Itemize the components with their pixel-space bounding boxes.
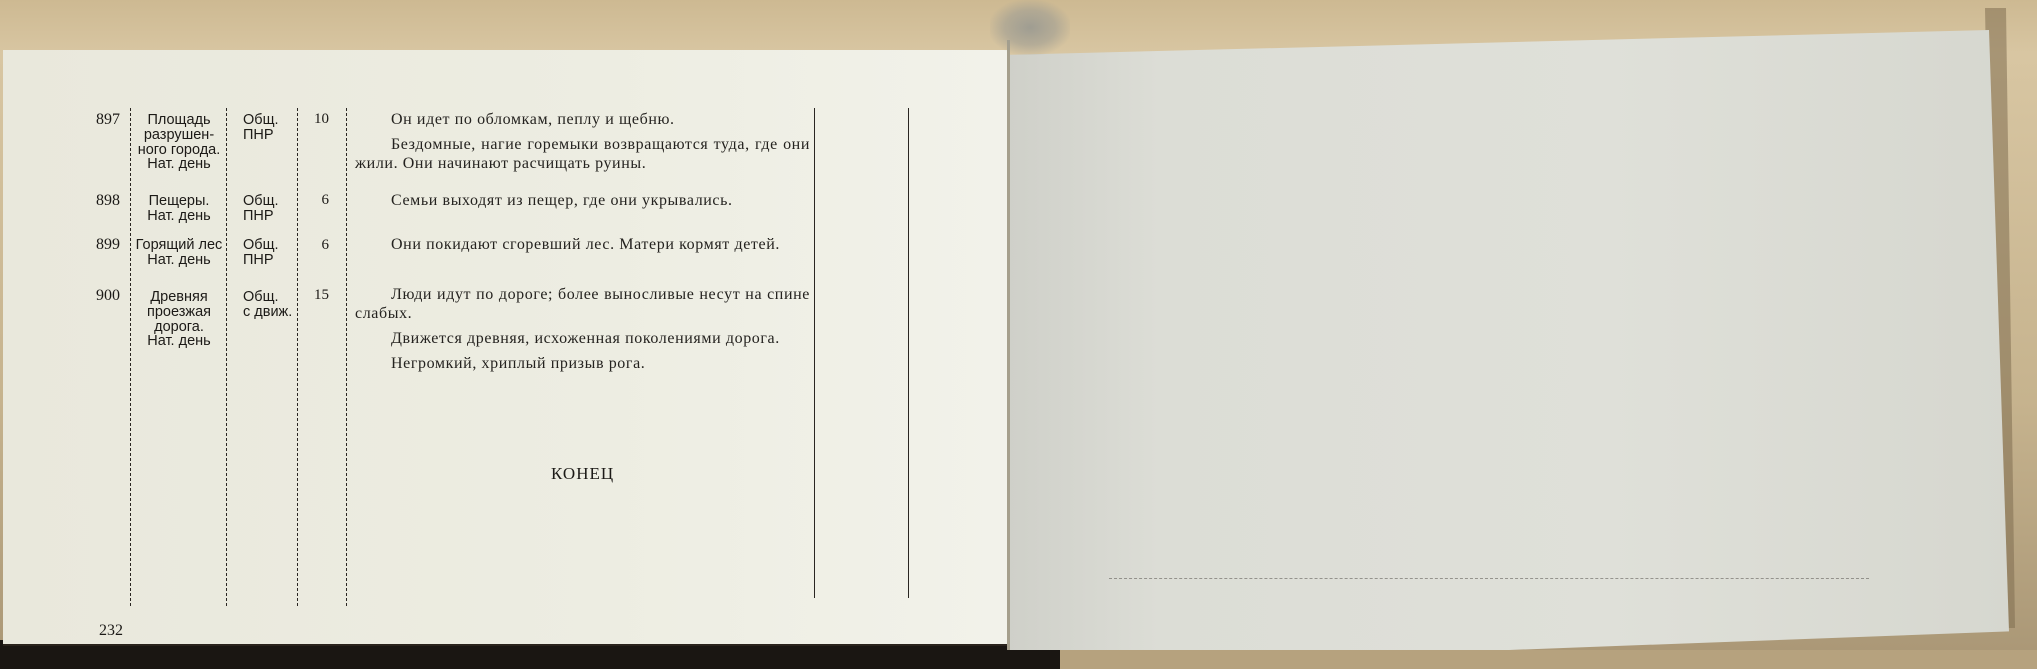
shot-description: Люди идут по дороге; более выносливые не… xyxy=(355,285,810,379)
shot-type-line: ПНР xyxy=(243,253,313,268)
shot-number: 897 xyxy=(96,112,120,127)
scene-line: Горящий лес xyxy=(131,238,227,253)
scene-line: Древняя xyxy=(131,290,227,305)
column-rule-6 xyxy=(908,108,909,598)
end-mark: КОНЕЦ xyxy=(551,464,614,484)
shot-number: 899 xyxy=(96,237,120,252)
page-smudge xyxy=(990,0,1070,55)
column-rule-5 xyxy=(814,108,815,598)
scene-line: Нат. день xyxy=(131,157,227,172)
scene-line: проезжая xyxy=(131,305,227,320)
left-page: 897 Площадь разрушен- ного города. Нат. … xyxy=(3,50,1009,644)
description-paragraph: Люди идут по дороге; более выносливые не… xyxy=(355,285,810,323)
scene-location: Площадь разрушен- ного города. Нат. день xyxy=(131,113,227,172)
description-paragraph: Они покидают сгоревший лес. Матери кормя… xyxy=(355,235,810,254)
shot-length: 6 xyxy=(289,238,329,253)
description-paragraph: Негромкий, хриплый призыв рога. xyxy=(355,354,810,373)
column-rule-4 xyxy=(346,108,347,606)
shot-type-line: с движ. xyxy=(243,305,313,320)
book-bottom-edge xyxy=(1060,650,2037,669)
column-rule-3 xyxy=(297,108,298,606)
scene-location: Горящий лес Нат. день xyxy=(131,238,227,268)
description-paragraph: Движется древняя, исхоженная поколениями… xyxy=(355,329,810,348)
shot-number: 898 xyxy=(96,193,120,208)
bleed-through-line xyxy=(1109,578,1869,579)
scene-line: Пещеры. xyxy=(131,194,227,209)
shot-length: 10 xyxy=(289,112,329,127)
scene-line: Нат. день xyxy=(131,334,227,349)
page-number: 232 xyxy=(99,622,123,640)
book-spine xyxy=(1007,40,1010,650)
shot-description: Он идет по обломкам, пеплу и щебню. Безд… xyxy=(355,110,810,179)
scene-location: Пещеры. Нат. день xyxy=(131,194,227,224)
scene-line: Нат. день xyxy=(131,253,227,268)
description-paragraph: Он идет по обломкам, пеплу и щебню. xyxy=(355,110,810,129)
scene-line: Нат. день xyxy=(131,209,227,224)
scene-location: Древняя проезжая дорога. Нат. день xyxy=(131,290,227,349)
shot-type-line: ПНР xyxy=(243,128,313,143)
shot-length: 15 xyxy=(289,288,329,303)
shot-type-line: ПНР xyxy=(243,209,313,224)
column-rule-2 xyxy=(226,108,227,606)
shot-length: 6 xyxy=(289,193,329,208)
scene-line: ного города. xyxy=(131,143,227,158)
shot-description: Они покидают сгоревший лес. Матери кормя… xyxy=(355,235,810,260)
right-page xyxy=(1009,30,2009,650)
description-paragraph: Бездомные, нагие горемыки возвращаются т… xyxy=(355,135,810,173)
column-rule-1 xyxy=(130,108,131,606)
book-bottom-shadow xyxy=(0,640,1060,669)
scene-line: дорога. xyxy=(131,320,227,335)
shot-description: Семьи выходят из пещер, где они укрывали… xyxy=(355,191,810,216)
scene-line: Площадь xyxy=(131,113,227,128)
scene-line: разрушен- xyxy=(131,128,227,143)
shot-number: 900 xyxy=(96,288,120,303)
description-paragraph: Семьи выходят из пещер, где они укрывали… xyxy=(355,191,810,210)
